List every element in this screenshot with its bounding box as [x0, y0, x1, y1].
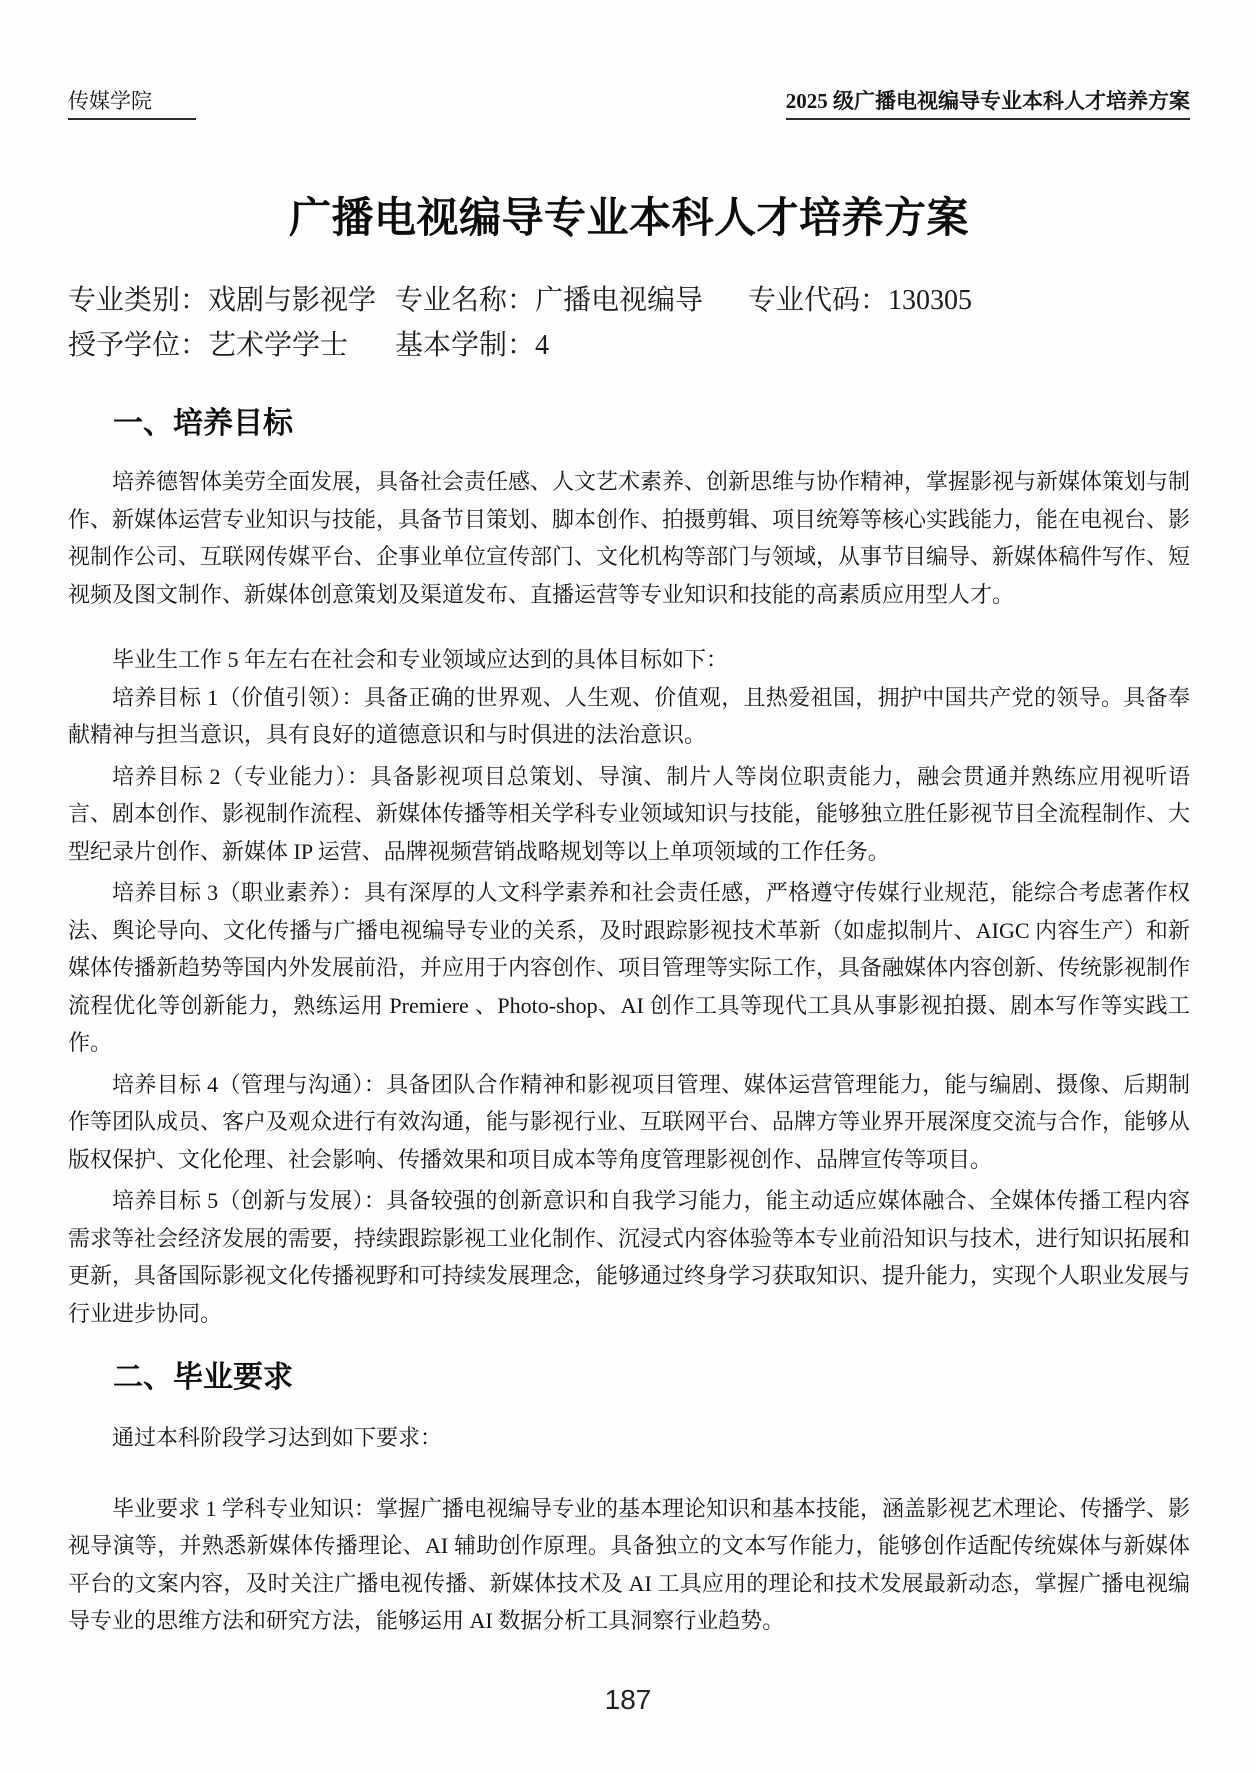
meta-category: 专业类别：戏剧与影视学	[68, 278, 395, 323]
paragraph-goal-5: 培养目标 5（创新与发展）：具备较强的创新意识和自我学习能力，能主动适应媒体融合…	[68, 1182, 1190, 1332]
paragraph-requirement-1: 毕业要求 1 学科专业知识：掌握广播电视编导专业的基本理论知识和基本技能，涵盖影…	[68, 1490, 1190, 1640]
meta-major-name: 专业名称：广播电视编导	[395, 278, 748, 323]
paragraph-goal-3: 培养目标 3（职业素养）：具有深厚的人文科学素养和社会责任感，严格遵守传媒行业规…	[68, 874, 1190, 1062]
section-1-heading: 一、培养目标	[113, 406, 1190, 442]
section-graduation-requirements: 二、毕业要求 通过本科阶段学习达到如下要求： 毕业要求 1 学科专业知识：掌握广…	[0, 1360, 1256, 1640]
meta-row-1: 专业类别：戏剧与影视学 专业名称：广播电视编导 专业代码：130305	[68, 278, 1190, 323]
paragraph-goals-intro: 毕业生工作 5 年左右在社会和专业领域应达到的具体目标如下：	[68, 641, 1190, 679]
paragraph-goal-1: 培养目标 1（价值引领）：具备正确的世界观、人生观、价值观，且热爱祖国，拥护中国…	[68, 679, 1190, 754]
meta-row-2: 授予学位：艺术学学士 基本学制：4	[68, 323, 1190, 368]
header-college-name: 传媒学院	[68, 88, 196, 120]
page-number: 187	[0, 1684, 1256, 1716]
program-meta: 专业类别：戏剧与影视学 专业名称：广播电视编导 专业代码：130305 授予学位…	[68, 278, 1190, 368]
paragraph-overview: 培养德智体美劳全面发展，具备社会责任感、人文艺术素养、创新思维与协作精神，掌握影…	[68, 463, 1190, 613]
paragraph-goal-2: 培养目标 2（专业能力）：具备影视项目总策划、导演、制片人等岗位职责能力，融会贯…	[68, 758, 1190, 871]
document-title: 广播电视编导专业本科人才培养方案	[68, 196, 1190, 242]
section-training-objectives: 一、培养目标 培养德智体美劳全面发展，具备社会责任感、人文艺术素养、创新思维与协…	[0, 406, 1256, 1332]
section-2-heading: 二、毕业要求	[113, 1360, 1190, 1396]
page-header: 传媒学院 2025 级广播电视编导专业本科人才培养方案	[0, 0, 1256, 120]
meta-major-code: 专业代码：130305	[748, 278, 1190, 323]
paragraph-goal-4: 培养目标 4（管理与沟通）：具备团队合作精神和影视项目管理、媒体运营管理能力，能…	[68, 1066, 1190, 1179]
header-doc-title: 2025 级广播电视编导专业本科人才培养方案	[786, 88, 1190, 120]
paragraph-requirements-intro: 通过本科阶段学习达到如下要求：	[68, 1419, 1190, 1457]
meta-schooling-length: 基本学制：4	[395, 323, 748, 368]
meta-degree: 授予学位：艺术学学士	[68, 323, 395, 368]
document-page: 传媒学院 2025 级广播电视编导专业本科人才培养方案 广播电视编导专业本科人才…	[0, 0, 1256, 1772]
